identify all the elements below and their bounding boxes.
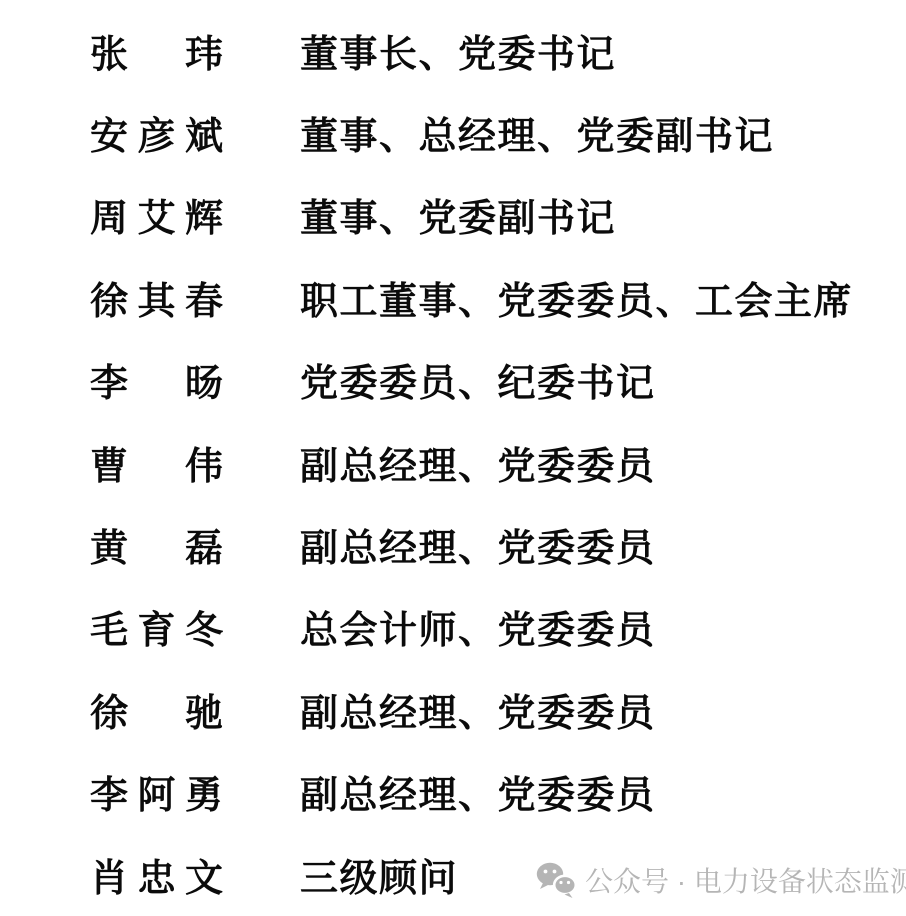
roster-row: 安彦斌 董事、总经理、党委副书记 bbox=[0, 91, 906, 173]
officer-name: 毛育冬 bbox=[90, 599, 223, 654]
officer-title: 董事、总经理、党委副书记 bbox=[300, 105, 774, 160]
name-character: 肖 bbox=[90, 847, 128, 902]
roster-row: 徐其春 职工董事、党委委员、工会主席 bbox=[0, 256, 906, 338]
watermark: 公众号 · 电力设备状态监测 bbox=[536, 860, 906, 900]
officer-name: 李阿勇 bbox=[90, 764, 223, 819]
name-character: 勇 bbox=[185, 764, 223, 819]
name-character: 文 bbox=[185, 847, 223, 902]
roster-row: 张玮 董事长、党委书记 bbox=[0, 9, 906, 91]
name-character: 张 bbox=[90, 23, 128, 78]
name-character: 周 bbox=[90, 187, 128, 242]
officer-title: 副总经理、党委委员 bbox=[300, 764, 656, 819]
officer-title: 职工董事、党委委员、工会主席 bbox=[300, 270, 853, 325]
name-character: 斌 bbox=[185, 105, 223, 160]
officer-name: 徐驰 bbox=[90, 682, 223, 737]
officer-name: 黄磊 bbox=[90, 517, 223, 572]
officer-name: 曹伟 bbox=[90, 435, 223, 490]
officer-name: 徐其春 bbox=[90, 270, 223, 325]
name-character: 育 bbox=[137, 599, 175, 654]
roster-row: 李旸 党委委员、纪委书记 bbox=[0, 339, 906, 421]
roster-row: 黄磊 副总经理、党委委员 bbox=[0, 503, 906, 585]
officer-roster-page: 张玮 董事长、党委书记 安彦斌 董事、总经理、党委副书记 周艾辉 董事、党委副书… bbox=[0, 0, 906, 916]
name-character: 黄 bbox=[90, 517, 128, 572]
name-character: 徐 bbox=[90, 682, 128, 737]
officer-name: 周艾辉 bbox=[90, 187, 223, 242]
name-character: 彦 bbox=[137, 105, 175, 160]
roster-row: 徐驰 副总经理、党委委员 bbox=[0, 668, 906, 750]
roster-row: 李阿勇 副总经理、党委委员 bbox=[0, 751, 906, 833]
watermark-text: 公众号 · 电力设备状态监测 bbox=[585, 860, 906, 900]
officer-title: 党委委员、纪委书记 bbox=[300, 352, 656, 407]
officer-title: 董事、党委副书记 bbox=[300, 187, 616, 242]
name-character: 春 bbox=[185, 270, 223, 325]
officer-name: 安彦斌 bbox=[90, 105, 223, 160]
name-character: 阿 bbox=[137, 764, 175, 819]
wechat-icon bbox=[536, 860, 576, 900]
roster-list: 张玮 董事长、党委书记 安彦斌 董事、总经理、党委副书记 周艾辉 董事、党委副书… bbox=[0, 0, 906, 915]
name-character: 冬 bbox=[185, 599, 223, 654]
name-character: 旸 bbox=[185, 352, 223, 407]
officer-name: 张玮 bbox=[90, 23, 223, 78]
name-character: 忠 bbox=[137, 847, 175, 902]
officer-title: 董事长、党委书记 bbox=[300, 23, 616, 78]
name-character: 其 bbox=[137, 270, 175, 325]
name-character: 磊 bbox=[185, 517, 223, 572]
officer-name: 李旸 bbox=[90, 352, 223, 407]
name-character: 李 bbox=[90, 352, 128, 407]
name-character: 辉 bbox=[185, 187, 223, 242]
roster-row: 周艾辉 董事、党委副书记 bbox=[0, 174, 906, 256]
name-character: 伟 bbox=[185, 435, 223, 490]
officer-title: 副总经理、党委委员 bbox=[300, 435, 656, 490]
name-character: 曹 bbox=[90, 435, 128, 490]
roster-row: 曹伟 副总经理、党委委员 bbox=[0, 421, 906, 503]
officer-title: 副总经理、党委委员 bbox=[300, 517, 656, 572]
roster-row: 毛育冬 总会计师、党委委员 bbox=[0, 586, 906, 668]
officer-title: 总会计师、党委委员 bbox=[300, 599, 656, 654]
name-character: 安 bbox=[90, 105, 128, 160]
name-character: 毛 bbox=[90, 599, 128, 654]
officer-name: 肖忠文 bbox=[90, 847, 223, 902]
name-character: 驰 bbox=[185, 682, 223, 737]
name-character: 徐 bbox=[90, 270, 128, 325]
name-character: 艾 bbox=[137, 187, 175, 242]
name-character: 李 bbox=[90, 764, 128, 819]
name-character: 玮 bbox=[185, 23, 223, 78]
officer-title: 三级顾问 bbox=[300, 847, 458, 902]
officer-title: 副总经理、党委委员 bbox=[300, 682, 656, 737]
